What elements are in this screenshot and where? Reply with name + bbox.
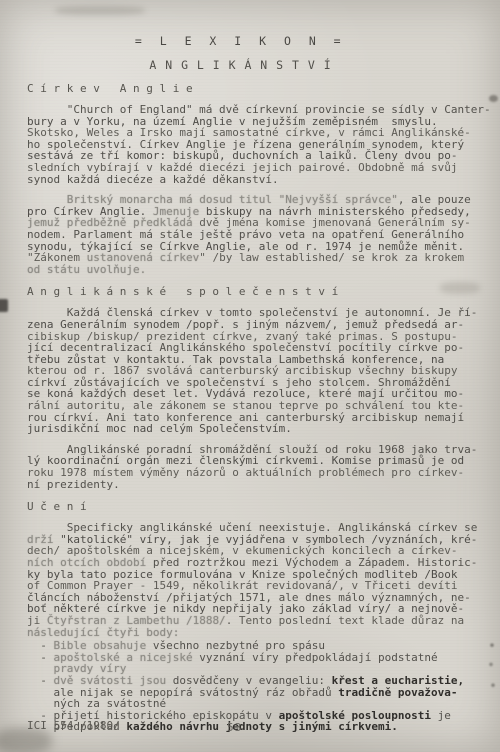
text-line: roku 1978 místem výměny názorů o aktuáln… (27, 467, 484, 479)
paragraph: Každá členská církev v tomto společenstv… (27, 307, 484, 435)
text-line: ních otcích období před roztržkou mezi V… (27, 557, 484, 569)
paragraph: "Church of England" má dvě církevní prov… (27, 104, 484, 185)
text-line: "Church of England" má dvě církevní prov… (27, 104, 484, 116)
bullet-item: - dvě svátosti jsou dosvědčeny v evangel… (27, 675, 484, 710)
text-line: rální autoritu, ale zákonem se stanou te… (27, 400, 484, 412)
bullet-item: - apoštolské a nicejské vyznání víry pře… (27, 652, 484, 675)
document-content: = L E X I K O N = A N G L I K Á N S T V … (27, 30, 484, 733)
section-heading: A n g l i k á n s k é s p o l e č e n s … (27, 285, 484, 298)
document-body: C í r k e v A n g l i e "Church of Engla… (27, 82, 484, 733)
text-line: od státu uvolňuje. (27, 264, 484, 276)
scan-smudge (487, 641, 497, 693)
text-line: zena Generálním synodem /popř. s jiným n… (27, 319, 484, 331)
paragraph: Britský monarcha má dosud titul "Nejvyšš… (27, 194, 484, 275)
section-heading: U č e n í (27, 500, 484, 513)
scan-smudge (489, 95, 498, 102)
scanned-document-page: = L E X I K O N = A N G L I K Á N S T V … (0, 0, 500, 752)
document-header: = L E X I K O N = A N G L I K Á N S T V … (27, 34, 484, 72)
text-line: jící decentralizací Anglikánského společ… (27, 342, 484, 354)
scan-smudge (55, 6, 145, 15)
paragraph: Specificky anglikánské učení neexistuje.… (27, 522, 484, 638)
series-title: = L E X I K O N = (27, 34, 454, 48)
text-line: synod každá diecéze a každé děkanství. (27, 174, 484, 186)
scan-smudge (0, 299, 8, 312)
paragraph: Anglikánské poradní shromáždění slouží o… (27, 444, 484, 490)
page-number: 53 (227, 721, 242, 734)
text-line: jurisdikční moc nad celým Společenstvím. (27, 423, 484, 435)
page-footer: ICI 554 /1980/ 53 (27, 719, 477, 732)
text-line: nodem. Parlament má stále ještě právo ve… (27, 229, 484, 241)
article-title: A N G L I K Á N S T V Í (27, 58, 454, 72)
section-heading: C í r k e v A n g l i e (27, 82, 484, 95)
text-line: následující čtyři body: (27, 627, 484, 639)
text-line: sledních vybírají v každé diecézi jejich… (27, 162, 484, 174)
document-reference: ICI 554 /1980/ (27, 719, 120, 732)
text-line: Britský monarcha má dosud titul "Nejvyšš… (27, 194, 484, 206)
text-line: ní prezidenty. (27, 479, 484, 491)
